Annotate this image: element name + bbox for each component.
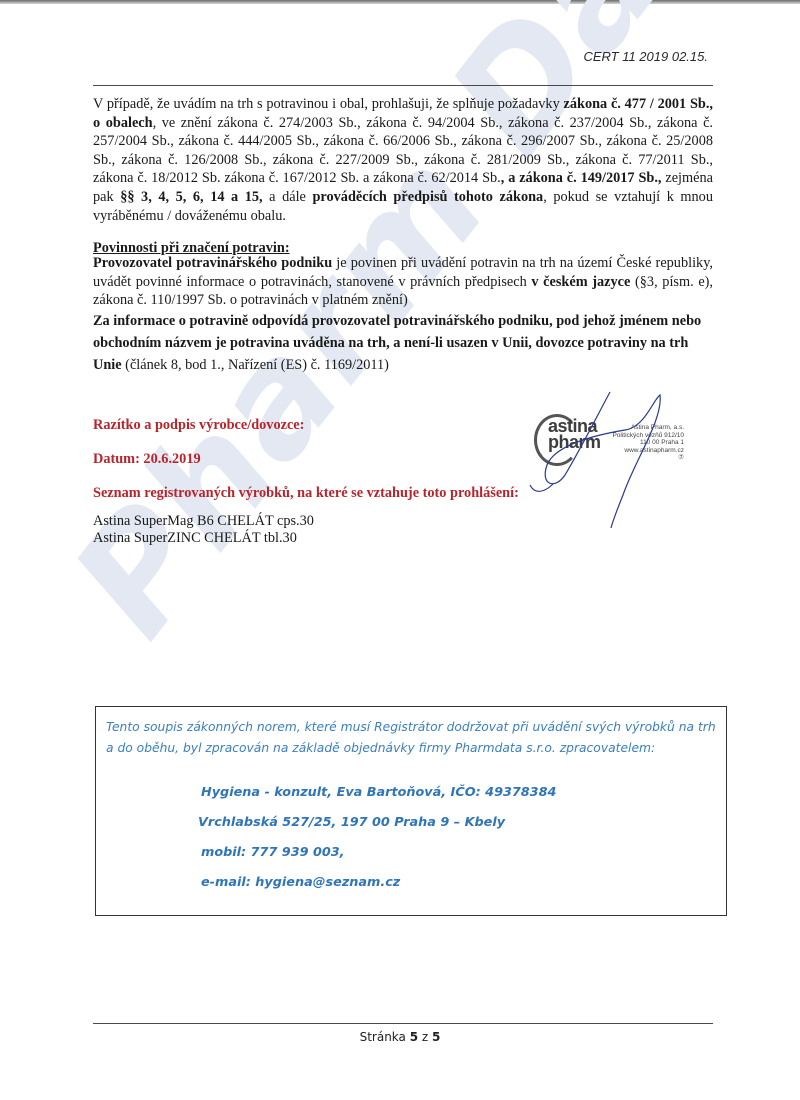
document-reference: CERT 11 2019 02.15. bbox=[583, 49, 708, 64]
processor-company: Hygiena - konzult, Eva Bartoňová, IČO: 4… bbox=[201, 785, 556, 800]
processor-info-box: Tento soupis zákonných norem, které musí… bbox=[95, 706, 727, 916]
processor-address: Vrchlabská 527/25, 197 00 Praha 9 – Kbel… bbox=[198, 815, 505, 830]
info-intro: Tento soupis zákonných norem, které musí… bbox=[106, 717, 718, 759]
packaging-law-paragraph: V případě, že uvádím na trh s potravinou… bbox=[93, 95, 713, 225]
processor-email: e-mail: hygiena@seznam.cz bbox=[201, 875, 400, 890]
footer-divider bbox=[93, 1023, 713, 1024]
labeling-section-body: Provozovatel potravinářského podniku je … bbox=[93, 254, 713, 376]
product-item: Astina SuperZINC CHELÁT tbl.30 bbox=[93, 530, 713, 547]
page-number: Stránka 5 z 5 bbox=[0, 1030, 800, 1044]
scan-edge bbox=[0, 0, 800, 4]
labeling-paragraph: Provozovatel potravinářského podniku je … bbox=[93, 254, 713, 310]
processor-mobile: mobil: 777 939 003, bbox=[201, 845, 345, 860]
responsibility-paragraph: Za informace o potravině odpovídá provoz… bbox=[93, 310, 713, 376]
header-divider bbox=[93, 85, 713, 86]
handwritten-signature bbox=[525, 380, 685, 530]
